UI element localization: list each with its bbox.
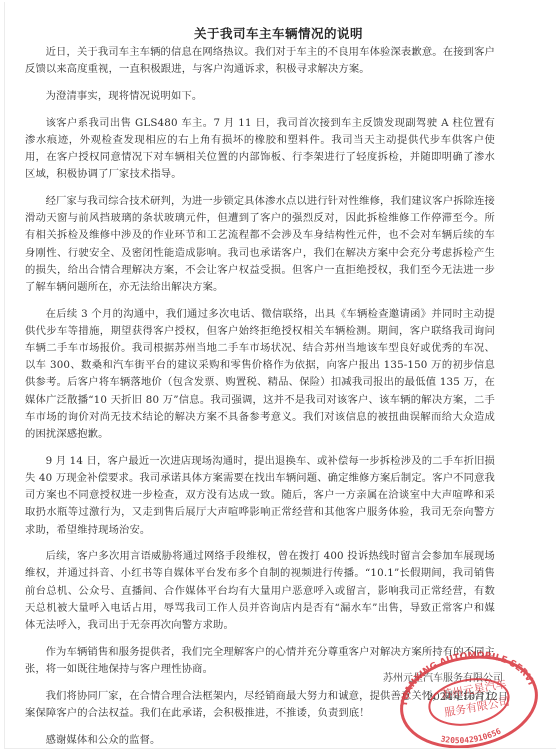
paragraph-communication: 在后续 3 个月的沟通中，我们通过多次电话、微信联络，出具《车辆检查邀请函》并同… xyxy=(25,306,495,444)
signature-date: 2024年10月12日 xyxy=(427,688,508,703)
paragraph-follow-up: 后续，客户多次用言语威胁将通过网络手段维权，曾在拨打 400 投诉热线时留言会参… xyxy=(25,548,495,634)
paragraph-background: 该客户系我司出售 GLS480 车主。7 月 11 日，我司首次接到车主反馈发现… xyxy=(25,115,495,184)
document-title: 关于我司车主车辆情况的说明 xyxy=(0,24,557,42)
document-body: 近日，关于我司车主车辆的信息在网络热议。我们对于车主的不良用车体验深表歉意。在接… xyxy=(25,44,495,753)
signature-company: 苏州元星汽车服务有限公司 xyxy=(383,669,503,684)
paragraph-intro: 近日，关于我司车主车辆的信息在网络热议。我们对于车主的不良用车体验深表歉意。在接… xyxy=(25,44,495,78)
paragraph-thanks: 感谢媒体和公众的监督。 xyxy=(25,732,495,749)
paragraph-technical: 经厂家与我司综合技术研判，为进一步锁定具体渗水点以进行针对性维修，我们建议客户拆… xyxy=(25,193,495,296)
paragraph-clarify: 为澄清事实，现将情况说明如下。 xyxy=(25,88,495,105)
paragraph-sept14: 9 月 14 日，客户最近一次进店现场沟通时，提出退换车、或补偿每一步拆检涉及的… xyxy=(25,453,495,539)
paragraph-commitment: 我们将协同厂家，在合情合理合法框架内，尽经销商最大努力和诚意，提供善意关怀，制定… xyxy=(25,688,495,722)
